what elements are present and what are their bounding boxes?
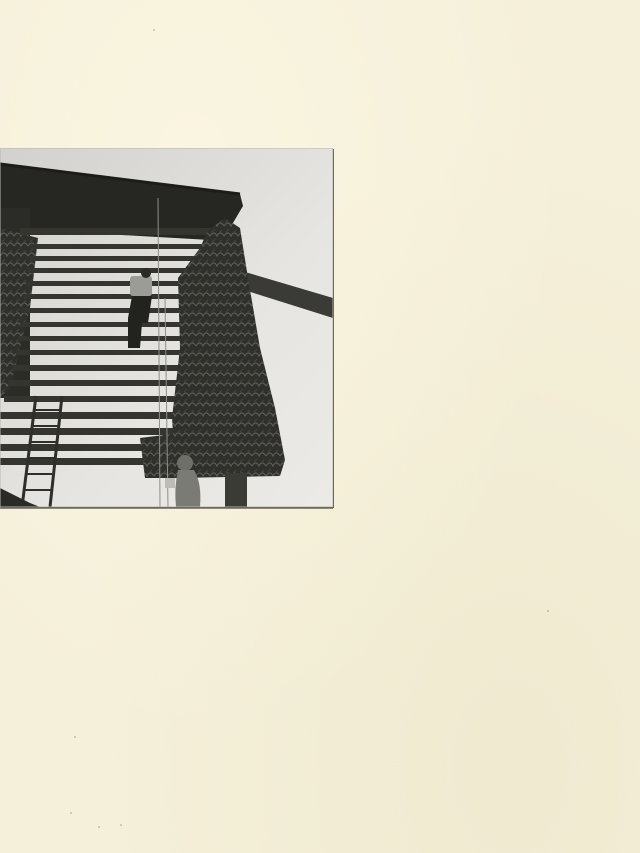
paper-speck	[70, 812, 72, 814]
hayrack-photo	[0, 148, 333, 507]
paper-speck	[153, 29, 155, 31]
paper-speck	[98, 826, 100, 828]
paper-speck	[120, 824, 122, 826]
photograph	[0, 148, 333, 507]
paper-speck	[74, 736, 76, 738]
mount-card	[0, 0, 640, 853]
paper-speck	[547, 610, 549, 612]
support-pole	[225, 473, 247, 507]
